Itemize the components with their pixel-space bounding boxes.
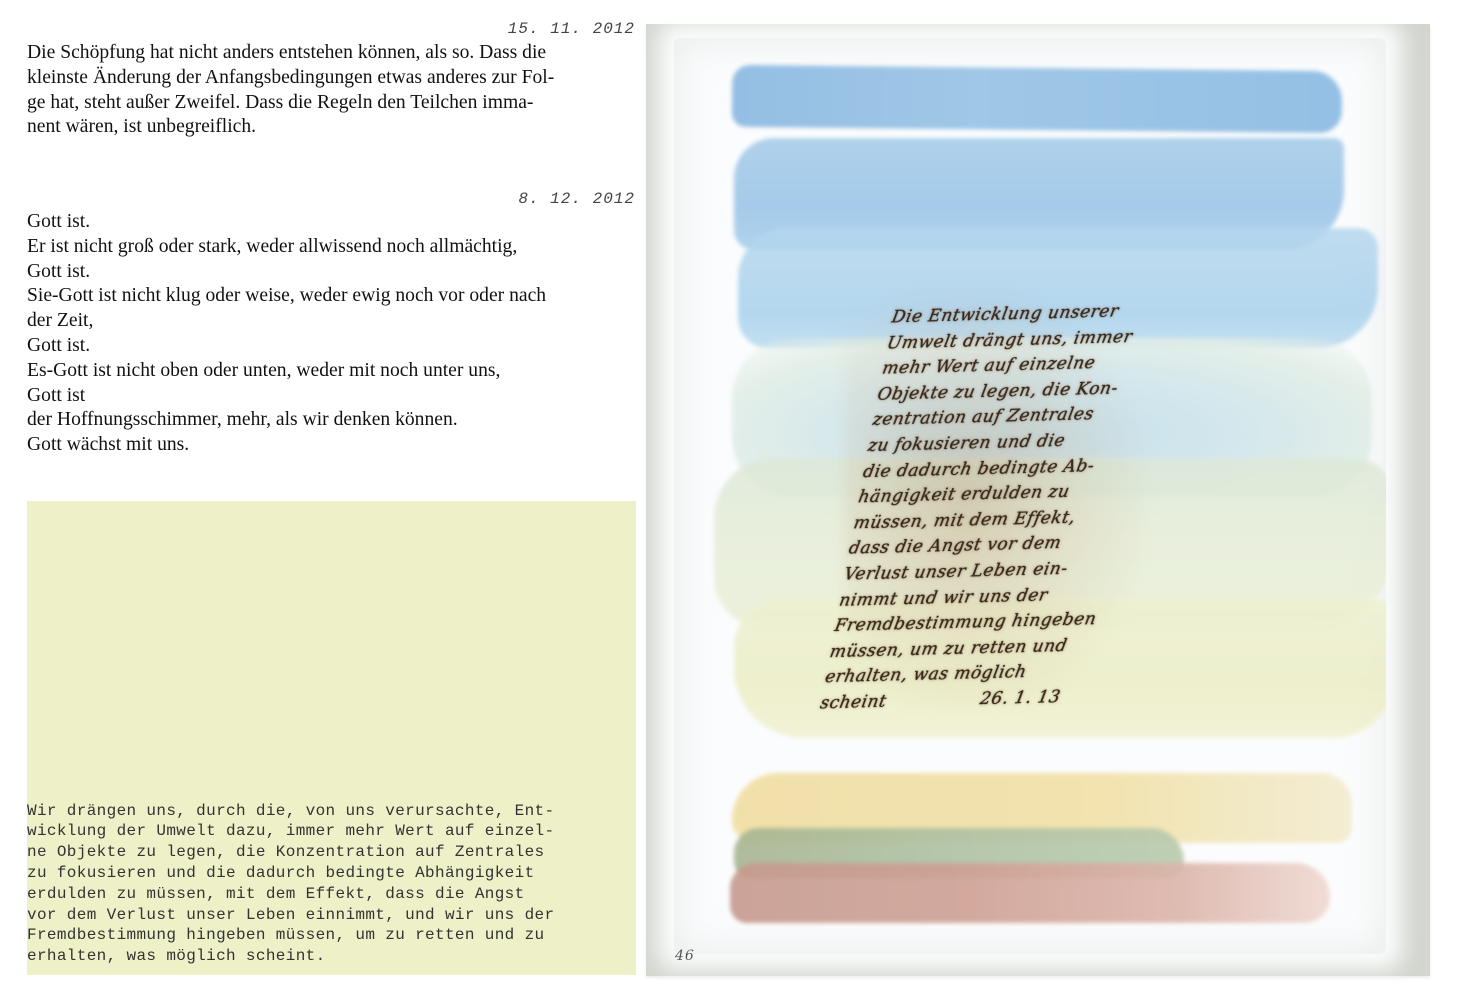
watercolor-artwork: Die Entwicklung unserer Umwelt drängt un… — [674, 38, 1386, 954]
entry-date: 8. 12. 2012 — [518, 190, 635, 208]
poem-line: der Hoffnungsschimmer, mehr, als wir den… — [27, 408, 635, 433]
text-line: zu fokusieren und die dadurch bedingte A… — [27, 863, 627, 884]
page-number: 46 — [675, 948, 695, 964]
poem-line: Gott ist. — [27, 260, 635, 285]
transcription-box: Wir drängen uns, durch die, von uns veru… — [27, 501, 636, 975]
poem-line: Er ist nicht groß oder stark, weder allw… — [27, 235, 635, 260]
poem-line: Sie-Gott ist nicht klug oder weise, wede… — [27, 284, 635, 309]
rose-stripe — [730, 863, 1330, 923]
handwriting-last-word: scheint — [818, 689, 889, 716]
text-line: ne Objekte zu legen, die Konzentration a… — [27, 842, 627, 863]
poem-line: Gott ist — [27, 384, 635, 409]
poem: Gott ist. Er ist nicht groß oder stark, … — [27, 210, 635, 458]
text-line: vor dem Verlust unser Leben einnimmt, un… — [27, 905, 627, 926]
text-line: kleinste Änderung der Anfangsbedingungen… — [27, 66, 635, 91]
poem-line: Gott ist. — [27, 334, 635, 359]
text-line: ge hat, steht außer Zweifel. Dass die Re… — [27, 91, 635, 116]
text-line: Die Schöpfung hat nicht anders entstehen… — [27, 41, 635, 66]
entry-paragraph: Die Schöpfung hat nicht anders entstehen… — [27, 41, 635, 140]
entry-date: 15. 11. 2012 — [508, 20, 635, 38]
artwork-frame: Die Entwicklung unserer Umwelt drängt un… — [646, 24, 1430, 976]
blue-stripe — [732, 65, 1343, 133]
poem-line: Gott ist. — [27, 210, 635, 235]
text-line: Fremdbestimmung hingeben müssen, um zu r… — [27, 925, 627, 946]
text-line: erhalten, was möglich scheint. — [27, 946, 627, 967]
text-line: wicklung der Umwelt dazu, immer mehr Wer… — [27, 821, 627, 842]
poem-line: Gott wächst mit uns. — [27, 433, 635, 458]
poem-line: der Zeit, — [27, 309, 635, 334]
handwriting-date: 26. 1. 13 — [978, 685, 1063, 713]
poem-line: Es-Gott ist nicht oben oder unten, weder… — [27, 359, 635, 384]
text-line: Wir drängen uns, durch die, von uns veru… — [27, 801, 627, 822]
text-line: erdulden zu müssen, mit dem Effekt, dass… — [27, 884, 627, 905]
transcription-text: Wir drängen uns, durch die, von uns veru… — [27, 801, 627, 967]
text-line: nent wären, ist unbegreiflich. — [27, 115, 635, 140]
